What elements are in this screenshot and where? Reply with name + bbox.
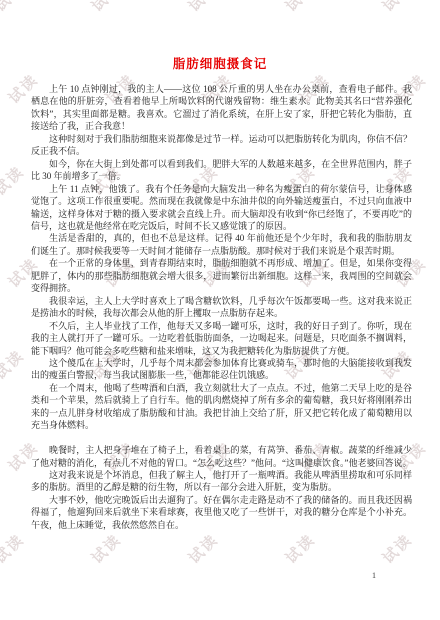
paragraph: 上午 11 点钟，他饿了。我有个任务是向大脑发出一种名为瘦蛋白的荷尔蒙信号，让身…: [31, 183, 412, 233]
watermark-stamp: 试读: [0, 0, 28, 16]
document-page: 试读试读试读试读试读试读试读试读试读试读试读试读试读试读试读试读试读试读试读试读…: [0, 0, 440, 620]
paragraph: 在一个正常的身体里，到青春期结束时，脂肪细胞就不再形成、增加了。但是，如果你变得…: [31, 257, 412, 294]
paragraph: 如今，你在大街上到处都可以看到我们。肥胖大军的人数越来越多，在全世界范围内，胖子…: [31, 158, 412, 183]
paragraph: 这种时刻对于我们脂肪细胞来说都像是过节一样。运动可以把脂肪转化为肌肉，你信不信？…: [31, 133, 412, 158]
paragraph: 这对我来说是个坏消息，但我了解主人，他打开了一瓶啤酒。我能从啤酒里捞取和可乐同样…: [31, 469, 412, 494]
watermark-stamp: 试读: [281, 529, 320, 568]
paragraph: 这个傻瓜在上大学时，几乎每个周末都会参加体育比赛或骑车，那时他的大脑能接收到我发…: [31, 357, 412, 382]
paragraph: 不久后，主人毕业找了工作，他每天又多喝一罐可乐，这时，我的好日子到了。你听，现在…: [31, 320, 412, 357]
watermark-stamp: 试读: [378, 529, 417, 568]
watermark-stamp: 试读: [184, 0, 223, 16]
paragraph: 生活是香甜的，真的，但也不总是这样。记得 40 年前他还是个少年时，我和我的脂肪…: [31, 232, 412, 257]
paragraph-spacer: [31, 432, 412, 444]
watermark-stamp: 试读: [0, 529, 28, 568]
watermark-stamp: 试读: [87, 0, 126, 16]
paragraph: 大事不妙，他吃完晚饭后出去遛狗了。好在偶尔走走路是动不了我的储备的。而且我还因祸…: [31, 494, 412, 531]
article-body: 上午 10 点钟刚过，我的主人——这位 108 公斤重的男人坐在办公桌前，查看电…: [0, 83, 440, 531]
paragraph: 晚餐时，主人把身子堆在了椅子上，看着桌上的菜，有莴笋、番茄、青椒。蔬菜的纤维减少…: [31, 444, 412, 469]
paragraph: 上午 10 点钟刚过，我的主人——这位 108 公斤重的男人坐在办公桌前，查看电…: [31, 83, 412, 133]
article-title: 脂肪细胞摄食记: [0, 54, 440, 72]
watermark-stamp: 试读: [281, 0, 320, 16]
watermark-stamp: 试读: [184, 529, 223, 568]
paragraph: 在一个周末，他喝了些啤酒和白酒，我立刻就壮大了一点点。不过，他第二天早上吃的是谷…: [31, 382, 412, 432]
page-number: 1: [372, 571, 376, 580]
paragraph: 我很幸运，主人上大学时喜欢上了喝含糖软饮料，几乎每次午饭都要喝一些。这对我来说正…: [31, 295, 412, 320]
watermark-stamp: 试读: [87, 529, 126, 568]
watermark-stamp: 试读: [378, 0, 417, 16]
